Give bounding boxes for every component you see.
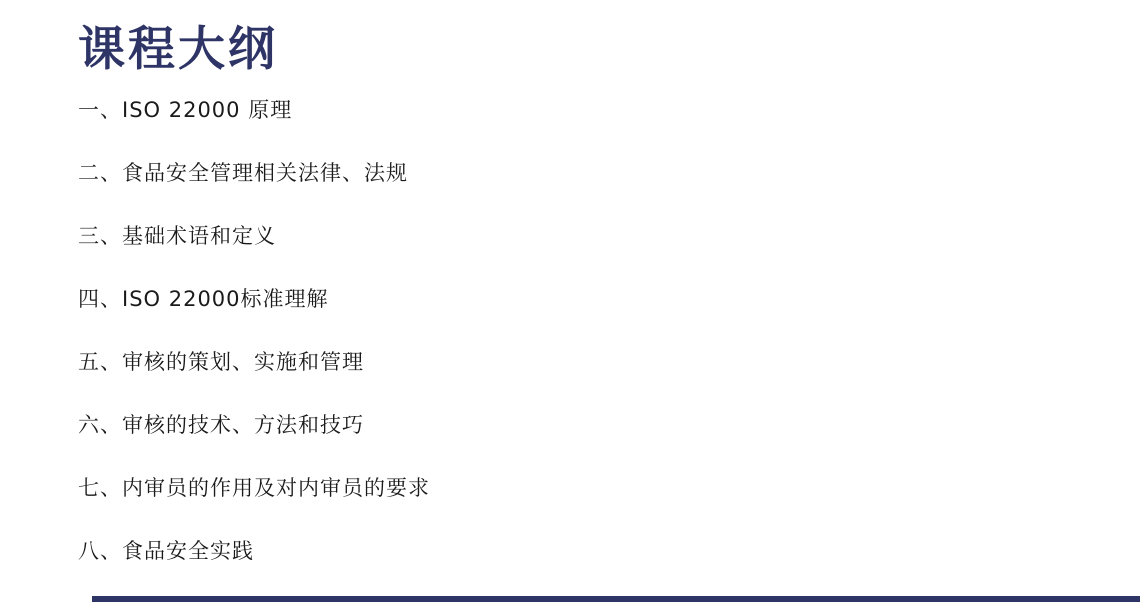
outline-item: 三、基础术语和定义	[78, 225, 430, 248]
outline-item: 五、审核的策划、实施和管理	[78, 351, 430, 374]
outline-item: 六、审核的技术、方法和技巧	[78, 414, 430, 437]
outline-list: 一、ISO 22000 原理 二、食品安全管理相关法律、法规 三、基础术语和定义…	[78, 99, 430, 602]
outline-item: 二、食品安全管理相关法律、法规	[78, 162, 430, 185]
outline-item: 四、ISO 22000标准理解	[78, 288, 430, 311]
outline-item: 七、内审员的作用及对内审员的要求	[78, 477, 430, 500]
outline-item: 八、食品安全实践	[78, 540, 430, 563]
slide-title: 课程大纲	[78, 12, 278, 79]
outline-item: 一、ISO 22000 原理	[78, 99, 430, 122]
slide: 课程大纲 一、ISO 22000 原理 二、食品安全管理相关法律、法规 三、基础…	[0, 0, 1140, 602]
bottom-accent-bar	[92, 596, 1140, 602]
